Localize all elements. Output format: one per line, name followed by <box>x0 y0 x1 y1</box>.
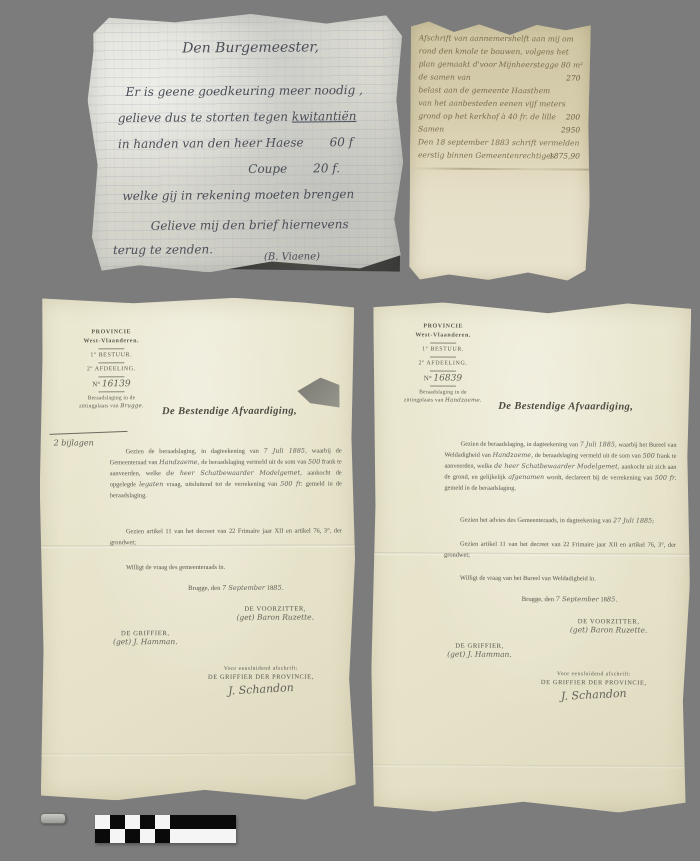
document-title: De Bestendige Afvaardiging, <box>125 406 335 418</box>
voorzitter-signature-block: DE VOORZITTER, (get) Baron Ruzette. <box>210 606 340 622</box>
note-line-text: Den 18 september 1883 schrift vermelden <box>418 137 579 147</box>
print-segment: Gezien het advies des Gemeenteraads, in … <box>460 517 613 525</box>
date-handwritten: 7 September <box>556 595 599 603</box>
note-line: Samen2950 <box>418 122 582 136</box>
handwritten-note: Afschrift van aannemershelft aan mij om … <box>409 21 591 280</box>
voorzitter-signature: (get) Baron Ruzette. <box>210 613 340 622</box>
date-year: 85. <box>273 584 284 592</box>
handwritten-segment: 500 fr. <box>280 480 302 488</box>
letter-line: Er is geene goedkeuring meer noodig , <box>125 83 363 99</box>
scale-segment-long <box>170 829 236 843</box>
letter-salutation: Den Burgemeester, <box>182 39 319 56</box>
number-label: N° <box>424 374 432 382</box>
date-year: 85. <box>607 595 618 603</box>
header-divider <box>98 362 124 363</box>
letter-amount: 20 f. <box>313 161 340 175</box>
note-line-number: 270 <box>566 71 580 84</box>
griffier-signature-block: DE GRIFFIER, (get) J. Hamman. <box>419 642 539 659</box>
handwritten-segment: 500 fr. <box>655 474 677 482</box>
paragraph-advice: Gezien het advies des Gemeenteraads, in … <box>444 515 676 527</box>
certification-block: Voor eensluidend afschrift: DE GRIFFIER … <box>178 665 343 696</box>
scale-segment <box>140 829 155 843</box>
paragraph-article: Gezien artikel 11 van het decreet van 22… <box>110 525 342 548</box>
header-region: West-Vlaanderen. <box>393 331 493 341</box>
header-number: N° 16839 <box>393 373 493 384</box>
note-line-text: eerstig binnen Gemeentenrechtiges <box>418 150 555 160</box>
header-divider <box>98 348 124 349</box>
date-century: 18 <box>599 596 607 603</box>
note-line-text: de samen van <box>418 72 470 81</box>
handwritten-segment: Handzaeme, <box>493 451 533 459</box>
session-label: zittingplaats van <box>404 397 444 403</box>
header-divider <box>98 391 124 392</box>
note-line-number: 200 <box>566 110 580 123</box>
document-header: PROVINCIE West-Vlaanderen. 1º BESTUUR. 2… <box>61 328 161 410</box>
official-document-right: PROVINCIE West-Vlaanderen. 1º BESTUUR. 2… <box>371 302 692 813</box>
date-handwritten: 7 September <box>222 584 265 592</box>
voorzitter-signature-block: DE VOORZITTER, (get) Baron Ruzette. <box>544 618 674 635</box>
official-document-left: PROVINCIE West-Vlaanderen. 1º BESTUUR. 2… <box>39 297 356 800</box>
archive-photo-background: Den Burgemeester, Er is geene goedkeurin… <box>0 0 700 861</box>
note-line-text: Afschrift van aannemershelft aan mij om <box>419 33 574 43</box>
handwritten-segment: afgenomen <box>508 473 544 481</box>
header-province: PROVINCIE <box>61 328 161 337</box>
number-label: N° <box>92 380 100 388</box>
number-value: 16139 <box>102 379 131 389</box>
note-line-text: plan gemaakt d'voor Mijnheerstegge 80 m² <box>419 59 583 69</box>
handwritten-segment: 27 Juli 1885; <box>613 516 654 524</box>
note-line: belast aan de gemeente Haasthem <box>418 83 582 97</box>
letter-line-text: gelieve dus te storten tegen <box>118 110 292 126</box>
voorzitter-signature: (get) Baron Ruzette. <box>544 625 674 635</box>
note-line: van het aanbesteden eenen vijf meters <box>418 96 582 110</box>
print-segment: Willigt de vraag van het Bureel van Weld… <box>460 575 596 583</box>
fold-crease <box>371 764 689 769</box>
griffier-signature: (get) J. Hamman. <box>85 637 205 646</box>
header-division: 2º AFDEELING. <box>61 365 161 374</box>
note-line: rond den kmole te bouwen, volgens het <box>419 44 583 58</box>
header-divider <box>98 376 124 377</box>
scale-reference-object <box>40 813 66 824</box>
note-text-block: Afschrift van aannemershelft aan mij om … <box>418 31 583 162</box>
photo-scale-bar <box>95 815 236 843</box>
handwritten-segment: 7 Juli 1885, <box>580 440 617 448</box>
paragraph-deliberation: Gezien de beraadslaging, in dagteekening… <box>444 439 676 495</box>
letter-amount: 60 f <box>330 135 354 149</box>
scale-segment <box>110 829 125 843</box>
letter-line: gelieve dus te storten tegen kwitantiën <box>118 109 357 125</box>
note-line-text: van het aanbesteden eenen vijf meters <box>418 98 565 108</box>
header-annotation: 2 bijlagen <box>54 438 94 447</box>
print-segment: Willigt de vraag des gemeenteraads in. <box>126 564 225 571</box>
note-line: plan gemaakt d'voor Mijnheerstegge 80 m² <box>419 57 583 71</box>
paragraph-decision: Willigt de vraag van het Bureel van Weld… <box>444 573 676 585</box>
print-segment: wordt, declareert bij de verrekening van <box>544 474 655 482</box>
handwritten-segment: Handzaeme, <box>159 458 199 466</box>
fold-crease <box>41 752 356 756</box>
paragraph-article: Gezien artikel 11 van het decreet van 22… <box>444 539 676 562</box>
header-divider <box>430 385 456 386</box>
handwritten-segment: 500 <box>308 458 320 466</box>
note-line: Afschrift van aannemershelft aan mij om <box>419 31 583 45</box>
scale-segment <box>95 829 110 843</box>
note-line: de samen van270 <box>418 70 582 84</box>
paper-tear <box>297 378 339 408</box>
print-segment: Gezien artikel 11 van het decreet van 22… <box>110 527 342 546</box>
date-line: Brugge, den 7 September 1885. <box>188 584 284 592</box>
note-line-text: Samen <box>418 124 444 133</box>
handwritten-letter: Den Burgemeester, Er is geene goedkeurin… <box>87 13 404 274</box>
document-title: De Bestendige Afvaardiging, <box>461 401 671 413</box>
print-segment: Gezien de beraadslaging, in dagteekening… <box>461 441 580 449</box>
certification-block: Voor eensluidend afschrift: DE GRIFFIER … <box>511 671 676 702</box>
note-line: Den 18 september 1883 schrift vermelden <box>418 135 582 149</box>
scale-segment <box>155 815 170 829</box>
note-tear-line <box>410 167 590 170</box>
print-segment: vraag, uitsluitend tot de verrekening va… <box>163 481 280 488</box>
note-line-text: belast aan de gemeente Haasthem <box>418 85 550 95</box>
header-divider <box>430 356 456 357</box>
letter-line: terug te zenden. <box>113 242 213 257</box>
letter-signature: (B. Viaene) <box>264 251 320 262</box>
scale-segment <box>125 829 140 843</box>
paragraph-deliberation: Gezien de beraadslaging, in dagteekening… <box>110 445 342 501</box>
note-line-number: 2950 <box>561 123 580 136</box>
provincial-griffier-signature: J. Schandon <box>178 678 343 700</box>
session-label: zittingplaats van <box>79 403 119 409</box>
print-segment: de beraadslaging vermeld uit de som van <box>200 459 308 466</box>
letter-line: Coupe20 f. <box>248 161 340 176</box>
document-header: PROVINCIE West-Vlaanderen. 1º BESTUUR. 2… <box>393 322 493 405</box>
note-line-text: rond den kmole te bouwen, volgens het <box>419 46 569 56</box>
handwritten-segment: de heer Schatbewaarder Modelgemet, <box>494 462 620 471</box>
letter-line-text: in handen van den heer Haese <box>118 135 304 151</box>
scale-bar-top-row <box>95 815 236 829</box>
handwritten-segment: legaten <box>139 480 163 488</box>
scale-segment <box>140 815 155 829</box>
scale-segment <box>95 815 110 829</box>
letter-line-text: Coupe <box>248 162 287 176</box>
header-bureau: 1º BESTUUR. <box>393 345 493 355</box>
certification-line1: Voor eensluidend afschrift: <box>511 671 676 678</box>
certification-line1: Voor eensluidend afschrift: <box>178 665 343 672</box>
header-division: 2º AFDEELING. <box>393 359 493 369</box>
header-number: N° 16139 <box>61 379 161 389</box>
date-line: Brugge, den 7 September 1885. <box>522 595 618 604</box>
header-divider <box>430 370 456 371</box>
print-segment: Gezien artikel 11 van het decreet van 22… <box>444 541 676 559</box>
scale-segment <box>110 815 125 829</box>
header-divider <box>430 342 456 343</box>
note-line-text: grond op het kerkhof à 40 fr. de lille <box>418 111 556 121</box>
letter-line: welke gij in rekening moeten brengen <box>122 187 354 203</box>
griffier-signature: (get) J. Hamman. <box>419 649 539 659</box>
letter-line: Gelieve mij den brief hiernevens <box>151 217 349 233</box>
scale-segment <box>155 829 170 843</box>
date-prefix: Brugge, den <box>188 585 222 592</box>
scale-segment <box>125 815 140 829</box>
note-line-number: 1875,90 <box>549 149 580 162</box>
print-segment: gemeld in de beraadslaging. <box>444 485 516 492</box>
letter-line: in handen van den heer Haese60 f <box>118 135 353 151</box>
header-region: West-Vlaanderen. <box>61 337 161 346</box>
paragraph-decision: Willigt de vraag des gemeenteraads in. <box>110 561 342 573</box>
print-segment: de beraadslaging vermeld uit de som van <box>533 452 643 460</box>
handwritten-segment: 7 Juli 1885, <box>264 447 307 455</box>
scale-segment-long <box>170 815 236 829</box>
note-line: eerstig binnen Gemeentenrechtiges1875,90 <box>418 148 582 162</box>
provincial-griffier-signature: J. Schandon <box>511 684 676 705</box>
header-bureau: 1º BESTUUR. <box>61 351 161 360</box>
number-value: 16839 <box>433 373 462 383</box>
letter-underlined-word: kwitantiën <box>292 109 357 124</box>
griffier-signature-block: DE GRIFFIER, (get) J. Hamman. <box>85 630 205 646</box>
note-line: grond op het kerkhof à 40 fr. de lille20… <box>418 109 582 123</box>
handwritten-segment: 500 <box>643 452 655 460</box>
date-century: 18 <box>265 585 273 592</box>
scale-bar-bottom-row <box>95 829 236 843</box>
print-segment: Gezien de beraadslaging, in dagteekening… <box>126 448 264 455</box>
handwritten-segment: de heer Schatbewaarder Modelgemet, <box>166 469 302 477</box>
date-prefix: Brugge, den <box>522 596 556 603</box>
